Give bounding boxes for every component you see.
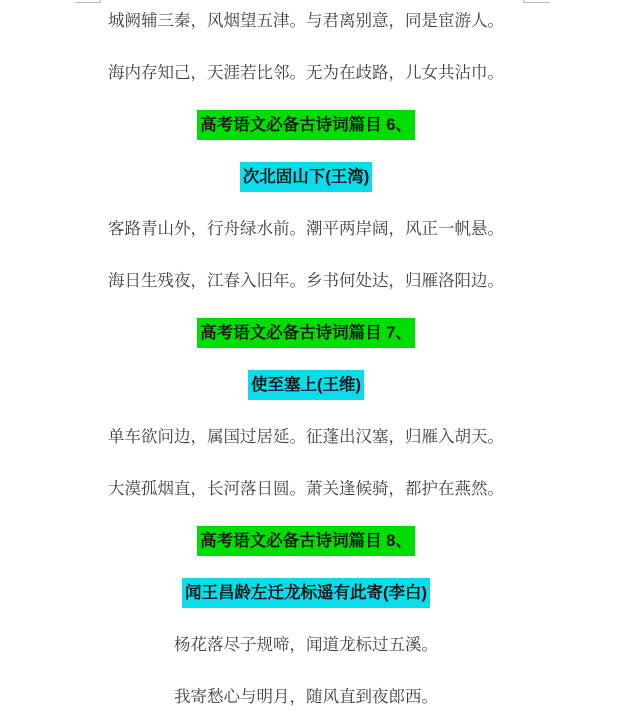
verse-line: 我寄愁心与明月，随风直到夜郎西。	[84, 682, 528, 712]
poem-title-line: 使至塞上(王维)	[84, 370, 528, 400]
document-page: 城阙辅三秦，风烟望五津。与君离别意，同是宦游人。 海内存知己，天涯若比邻。无为在…	[0, 0, 620, 726]
section-heading-highlight: 高考语文必备古诗词篇目 8、	[197, 526, 415, 556]
verse-line: 杨花落尽子规啼，闻道龙标过五溪。	[84, 630, 528, 660]
text-boundary-mark-left	[75, 0, 101, 3]
section-heading-highlight: 高考语文必备古诗词篇目 6、	[197, 110, 415, 140]
poem-title-highlight: 使至塞上(王维)	[248, 370, 364, 400]
verse-line: 海日生残夜，江春入旧年。乡书何处达，归雁洛阳边。	[84, 266, 528, 296]
verse-line: 海内存知己，天涯若比邻。无为在歧路，儿女共沾巾。	[84, 58, 528, 88]
section-heading-line: 高考语文必备古诗词篇目 6、	[84, 110, 528, 140]
section-heading-highlight: 高考语文必备古诗词篇目 7、	[197, 318, 415, 348]
poem-title-highlight: 次北固山下(王湾)	[240, 162, 373, 192]
section-heading-line: 高考语文必备古诗词篇目 8、	[84, 526, 528, 556]
verse-line: 大漠孤烟直，长河落日圆。萧关逢候骑，都护在燕然。	[84, 474, 528, 504]
text-boundary-mark-right	[523, 0, 550, 3]
poem-title-line: 次北固山下(王湾)	[84, 162, 528, 192]
section-heading-line: 高考语文必备古诗词篇目 7、	[84, 318, 528, 348]
poem-title-highlight: 闻王昌龄左迁龙标遥有此寄(李白)	[182, 578, 430, 608]
poem-title-line: 闻王昌龄左迁龙标遥有此寄(李白)	[84, 578, 528, 608]
verse-line: 单车欲问边，属国过居延。征蓬出汉塞，归雁入胡天。	[84, 422, 528, 452]
document-content: 城阙辅三秦，风烟望五津。与君离别意，同是宦游人。 海内存知己，天涯若比邻。无为在…	[0, 0, 620, 712]
verse-line: 客路青山外，行舟绿水前。潮平两岸阔，风正一帆悬。	[84, 214, 528, 244]
verse-line: 城阙辅三秦，风烟望五津。与君离别意，同是宦游人。	[84, 6, 528, 36]
